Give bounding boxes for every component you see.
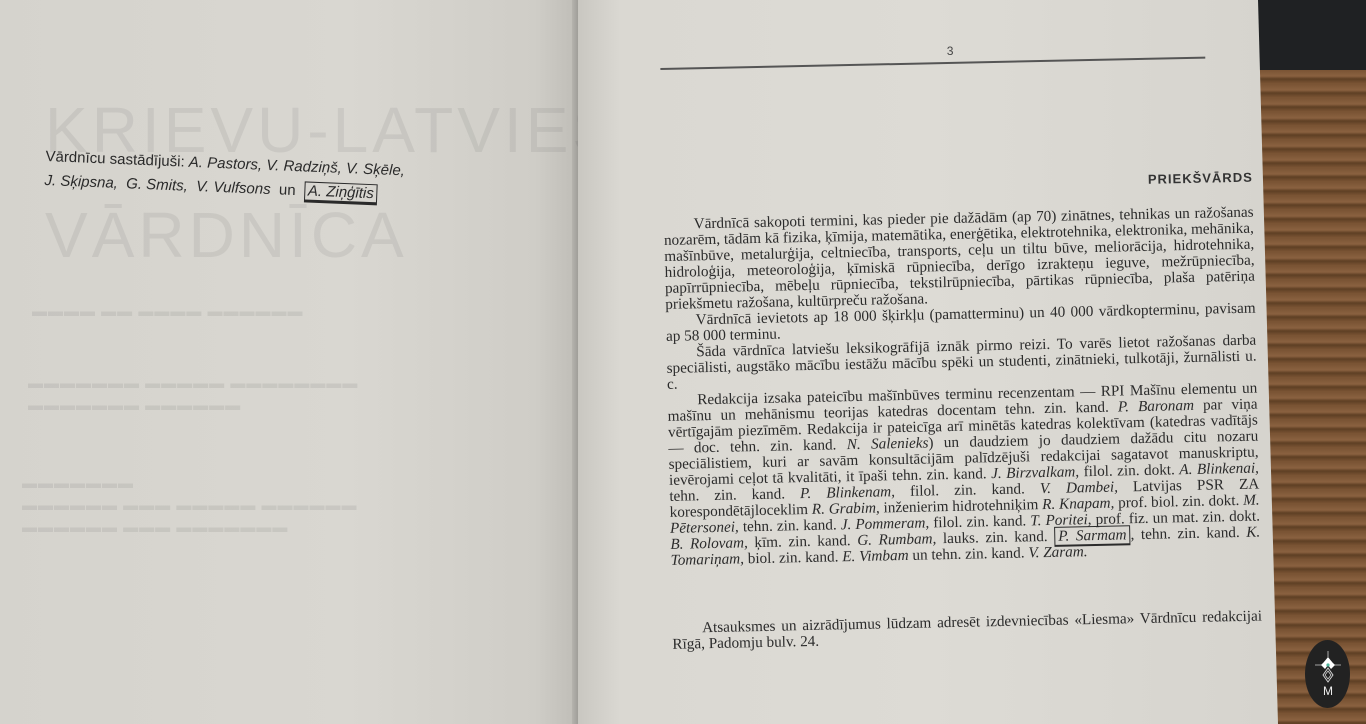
- show-through-text: ▬▬▬▬▬▬▬ ▬▬▬▬▬▬: [28, 397, 241, 414]
- person-name: E. Vimbam: [842, 547, 909, 565]
- paragraph: Vārdnīcā sakopoti termini, kas pieder pi…: [663, 205, 1255, 313]
- compiler-name: V. Radziņš,: [266, 157, 342, 177]
- right-page-content: 3 PRIEKŠVĀRDS Vārdnīcā sakopoti termini,…: [660, 38, 1262, 653]
- text-segment: un tehn. zin. kand.: [908, 544, 1028, 564]
- show-through-text: ▬▬▬▬▬▬▬ ▬▬▬▬▬ ▬▬▬▬▬▬▬▬: [28, 375, 358, 392]
- compiler-name: G. Smits,: [126, 175, 188, 194]
- show-through-title-line-2: VĀRDNĪCA: [45, 200, 408, 270]
- person-name: V. Zaram.: [1028, 543, 1088, 561]
- compiler-name: A. Pastors,: [189, 154, 263, 174]
- svg-text:M: M: [1323, 684, 1333, 698]
- compiler-name: V. Sķēle,: [346, 160, 406, 179]
- compilers-label: Vārdnīcu sastādījuši:: [45, 148, 185, 171]
- show-through-text: ▬▬▬▬ ▬▬ ▬▬▬▬ ▬▬▬▬▬▬: [32, 303, 304, 320]
- preface-body: Vārdnīcā sakopoti termini, kas pieder pi…: [663, 205, 1260, 569]
- text-segment: biol. zin. kand.: [744, 548, 843, 567]
- compiler-name: V. Vulfsons: [196, 178, 271, 198]
- show-through-text: ▬▬▬▬▬▬ ▬▬▬ ▬▬▬▬▬▬▬: [22, 519, 288, 536]
- compiler-name: J. Sķipsna,: [44, 172, 118, 192]
- show-through-text: ▬▬▬▬▬▬▬: [22, 475, 134, 492]
- conjunction: un: [279, 181, 296, 199]
- watermark-logo: M: [1305, 640, 1350, 708]
- boxed-compiler-name: A. Ziņģītis: [304, 181, 379, 205]
- left-page: KRIEVU-LATVIEŠU VĀRDNĪCA ▬▬▬▬ ▬▬ ▬▬▬▬ ▬▬…: [0, 0, 582, 724]
- ornament-logo-icon: M: [1313, 649, 1343, 699]
- section-heading: PRIEKŠVĀRDS: [663, 170, 1253, 197]
- text-segment: , tehn. zin. kand.: [1130, 524, 1246, 543]
- acknowledgement-paragraph: Redakcija izsaka pateicību mašīnbūves te…: [667, 381, 1261, 569]
- show-through-text: ▬▬▬▬▬▬ ▬▬▬ ▬▬▬▬▬ ▬▬▬▬▬▬: [22, 497, 358, 514]
